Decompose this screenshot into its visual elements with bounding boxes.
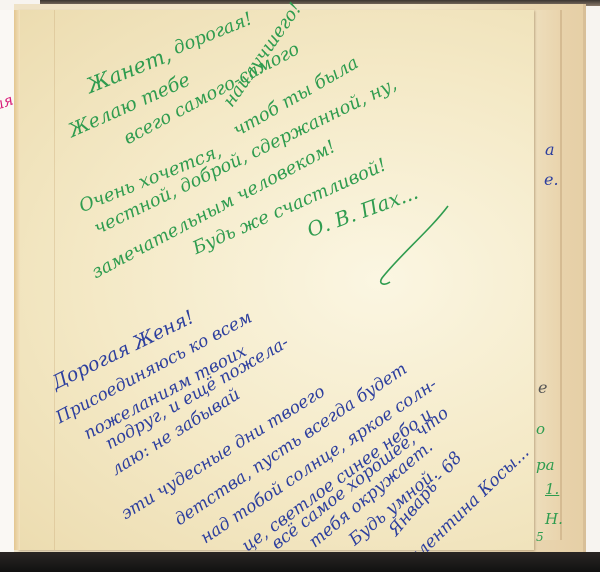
right-edge-fragment: Н. <box>545 510 563 528</box>
card-torn-left-edge <box>14 10 20 550</box>
right-edge-fragment: 1. <box>545 480 559 498</box>
signature-flourish <box>370 200 460 290</box>
card-fold-line <box>54 10 55 550</box>
right-edge-fragment: е. <box>544 170 559 189</box>
right-edge-fragment: 5 <box>536 530 544 544</box>
right-edge-fragment: о <box>536 420 545 438</box>
right-edge-fragment: а <box>545 140 555 159</box>
right-edge-fragment: е <box>538 378 547 397</box>
right-edge-fragment: ра <box>536 456 555 474</box>
scan-bottom-edge-shadow <box>0 552 600 572</box>
